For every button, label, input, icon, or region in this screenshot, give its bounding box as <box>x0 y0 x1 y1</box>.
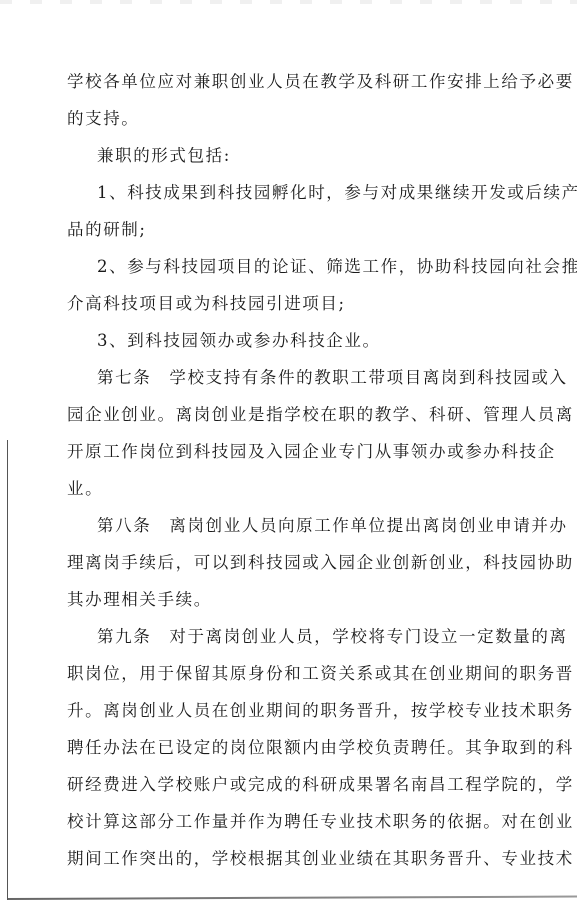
article-7-heading-line: 第七条 学校支持有条件的教职工带项目离岗到科技园或入 <box>67 359 467 396</box>
text-line: 园企业创业。离岗创业是指学校在职的教学、科研、管理人员离 <box>67 396 467 433</box>
document-body: 学校各单位应对兼职创业人员在教学及科研工作安排上给予必要 的支持。 兼职的形式包… <box>67 63 467 877</box>
text-line: 兼职的形式包括: <box>67 137 467 174</box>
page-edge-bottom <box>8 896 577 900</box>
text-line: 介高科技项目或为科技园引进项目; <box>67 285 467 322</box>
text-line: 品的研制; <box>67 211 467 248</box>
text-line: 学校各单位应对兼职创业人员在教学及科研工作安排上给予必要 <box>67 63 467 100</box>
text-line: 升。离岗创业人员在创业期间的职务晋升，按学校专业技术职务 <box>67 692 467 729</box>
text-line: 业。 <box>67 470 467 507</box>
text-line: 理离岗手续后，可以到科技园或入园企业创新创业，科技园协助 <box>67 544 467 581</box>
text-line: 期间工作突出的，学校根据其创业业绩在其职务晋升、专业技术 <box>67 840 467 877</box>
scan-top-bleed <box>0 0 577 4</box>
article-9-heading-line: 第九条 对于离岗创业人员，学校将专门设立一定数量的离 <box>67 618 467 655</box>
text-line: 研经费进入学校账户或完成的科研成果署名南昌工程学院的，学 <box>67 766 467 803</box>
article-8-heading-line: 第八条 离岗创业人员向原工作单位提出离岗创业申请并办 <box>67 507 467 544</box>
text-line: 1、科技成果到科技园孵化时，参与对成果继续开发或后续产 <box>67 174 467 211</box>
text-line: 2、参与科技园项目的论证、筛选工作，协助科技园向社会推 <box>67 248 467 285</box>
text-line: 职岗位，用于保留其原身份和工资关系或其在创业期间的职务晋 <box>67 655 467 692</box>
text-line: 其办理相关手续。 <box>67 581 467 618</box>
text-line: 3、到科技园领办或参办科技企业。 <box>67 322 467 359</box>
text-line: 校计算这部分工作量并作为聘任专业技术职务的依据。对在创业 <box>67 803 467 840</box>
text-line: 的支持。 <box>67 100 467 137</box>
page-edge-left <box>7 440 8 900</box>
text-line: 开原工作岗位到科技园及入园企业专门从事领办或参办科技企 <box>67 433 467 470</box>
text-line: 聘任办法在已设定的岗位限额内由学校负责聘任。其争取到的科 <box>67 729 467 766</box>
